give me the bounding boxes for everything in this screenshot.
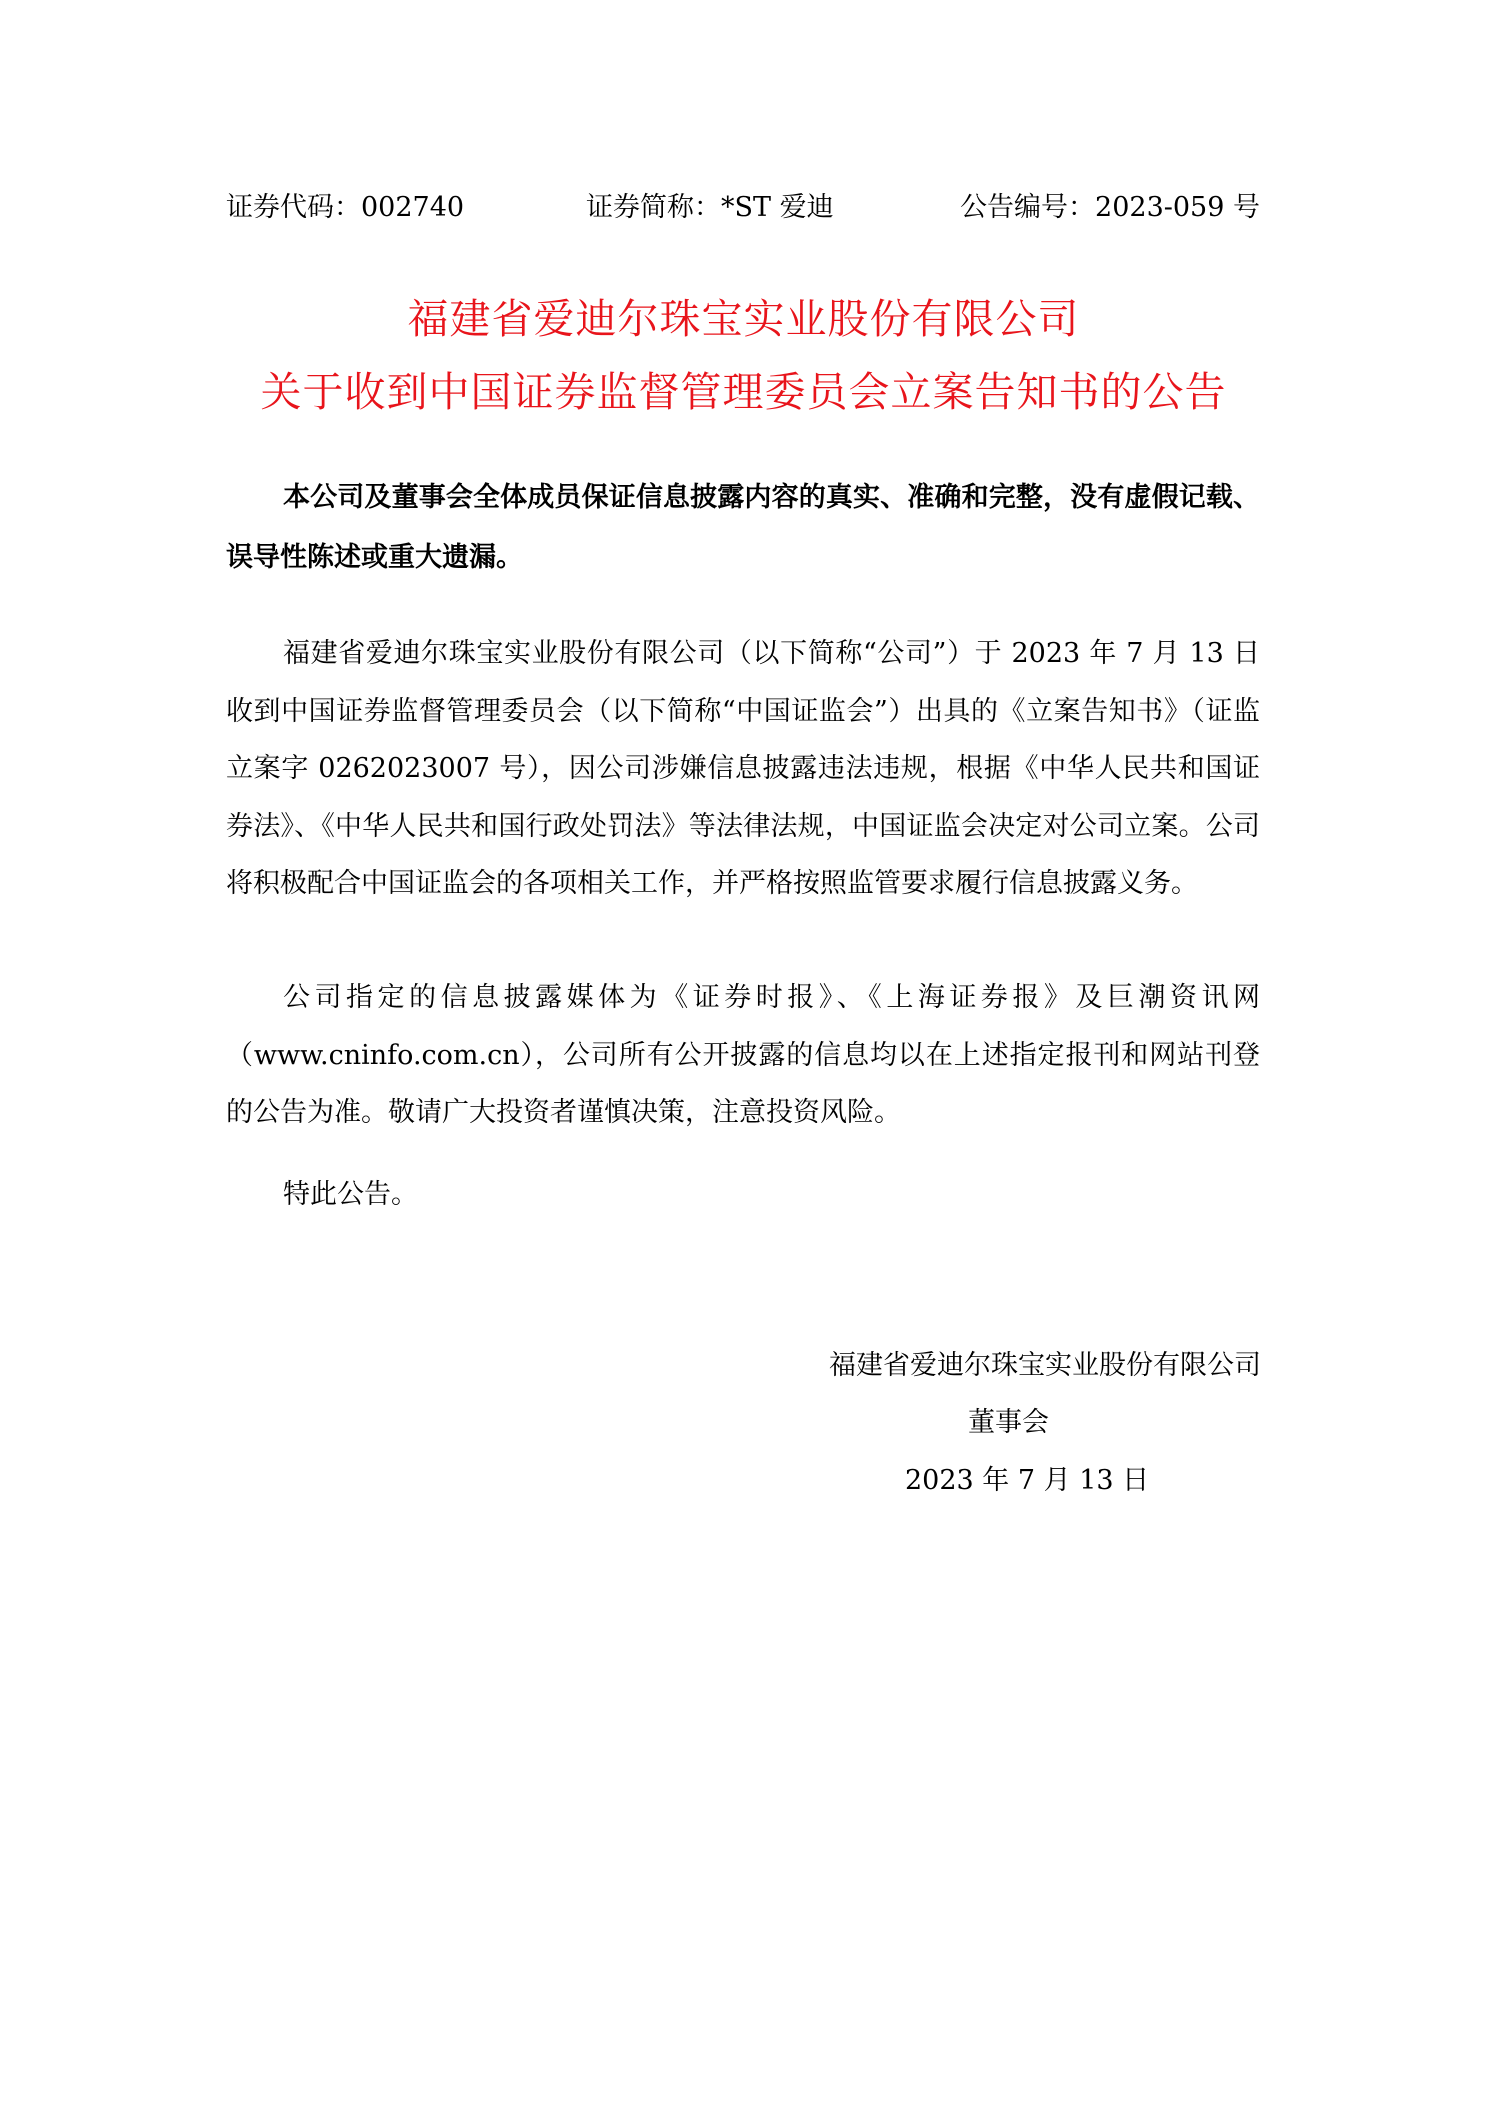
document-title-subject: 关于收到中国证券监督管理委员会立案告知书的公告 (0, 367, 1487, 417)
signature-board: 董事会 (968, 1405, 1049, 1441)
announcement-header: 证券代码：002740 证券简称：*ST 爱迪 公告编号：2023-059 号 (226, 190, 1260, 226)
announcement-number: 公告编号：2023-059 号 (960, 190, 1260, 226)
document-title-company: 福建省爱迪尔珠宝实业股份有限公司 (0, 294, 1487, 344)
closing-statement: 特此公告。 (226, 1166, 1260, 1224)
body-paragraph-investigation: 福建省爱迪尔珠宝实业股份有限公司（以下简称“公司”）于 2023 年 7 月 1… (226, 625, 1260, 913)
body-paragraph-disclosure-media: 公司指定的信息披露媒体为《证券时报》、《上海证券报》及巨潮资讯网（www.cni… (226, 969, 1260, 1142)
stock-code: 证券代码：002740 (226, 190, 464, 226)
signature-date: 2023 年 7 月 13 日 (905, 1463, 1149, 1499)
stock-abbreviation: 证券简称：*ST 爱迪 (586, 190, 834, 226)
signature-company: 福建省爱迪尔珠宝实业股份有限公司 (829, 1348, 1261, 1384)
document-page: 证券代码：002740 证券简称：*ST 爱迪 公告编号：2023-059 号 … (0, 0, 1487, 2105)
board-statement: 本公司及董事会全体成员保证信息披露内容的真实、准确和完整，没有虚假记载、误导性陈… (226, 468, 1260, 588)
